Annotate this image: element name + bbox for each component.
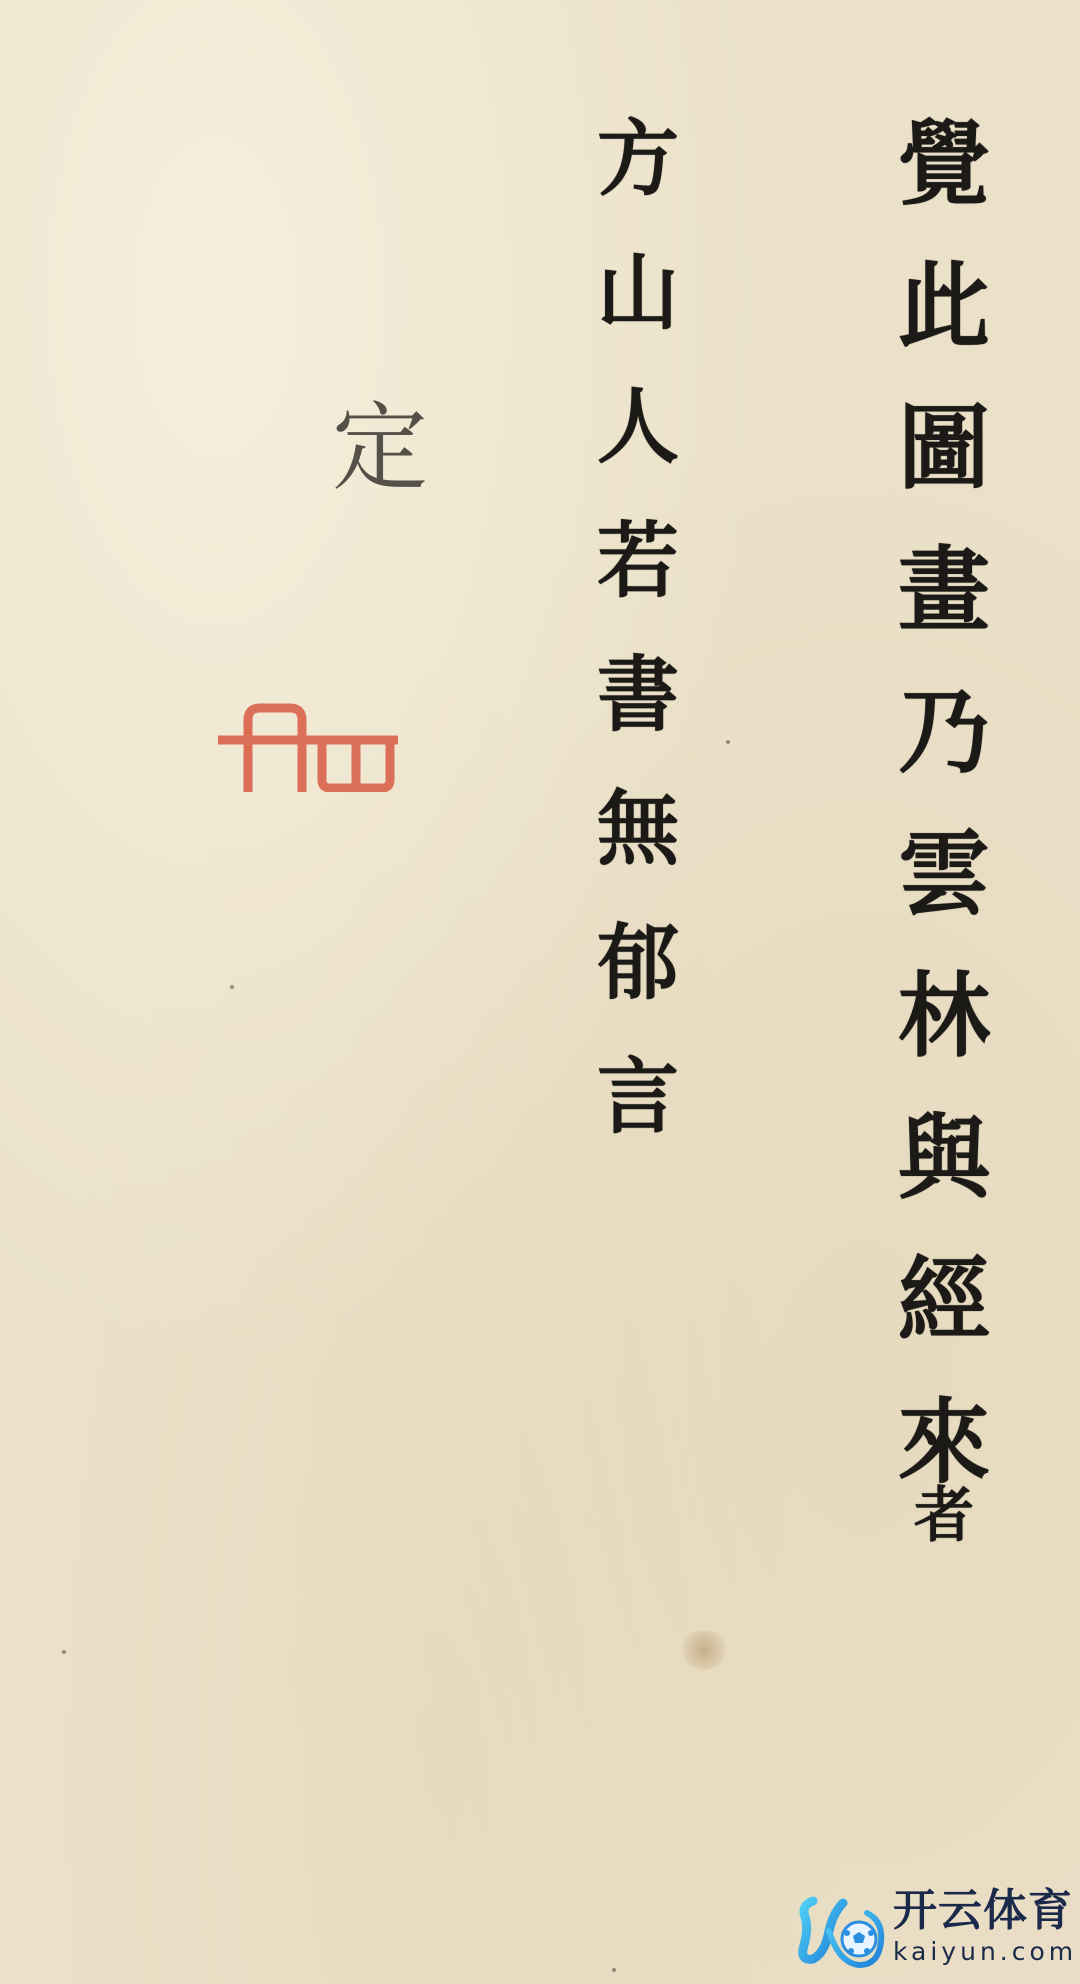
watermark-brand-cn: 开云体育 [893, 1889, 1077, 1933]
calligraphy-character: 乃 [898, 686, 990, 828]
signature-character: 定 [320, 400, 440, 496]
calligraphy-character: 人 [597, 386, 679, 520]
calligraphy-character: 言 [597, 1056, 679, 1190]
calligraphy-character: 來 [898, 1396, 990, 1486]
calligraphy-character: 畫 [898, 544, 990, 686]
calligraphy-character: 書 [597, 654, 679, 788]
calligraphy-character: 山 [597, 252, 679, 386]
calligraphy-character: 無 [597, 788, 679, 922]
calligraphy-character: 覺 [898, 118, 990, 260]
watermark: 开云体育 kaiyun.com [795, 1880, 1075, 1976]
calligraphy-scroll: 覺 此 圖 畫 乃 雲 林 與 經 來 者 方 山 人 若 書 無 郁 言 定 [0, 0, 1080, 1984]
paper-speck [612, 1968, 616, 1972]
calligraphy-character: 與 [898, 1112, 990, 1254]
calligraphy-character: 若 [597, 520, 679, 654]
calligraphy-character: 雲 [898, 828, 990, 970]
paper-speck [726, 740, 730, 744]
calligraphy-character: 方 [597, 118, 679, 252]
inscription-column-middle: 方 山 人 若 書 無 郁 言 [582, 118, 694, 1190]
paper-speck [62, 1650, 66, 1654]
kaiyun-logo-icon [795, 1883, 885, 1973]
watermark-brand-en: kaiyun.com [893, 1937, 1077, 1967]
calligraphy-character: 林 [898, 970, 990, 1112]
watermark-text: 开云体育 kaiyun.com [893, 1889, 1077, 1967]
calligraphy-character: 經 [898, 1254, 990, 1396]
artist-signature: 定 [320, 400, 440, 496]
red-seal-icon [218, 700, 398, 792]
calligraphy-character: 郁 [597, 922, 679, 1056]
calligraphy-character: 圖 [898, 402, 990, 544]
paper-stain [680, 1630, 728, 1670]
paper-speck [230, 985, 234, 989]
inscription-column-right: 覺 此 圖 畫 乃 雲 林 與 經 來 者 [888, 118, 1000, 1566]
calligraphy-character: 者 [914, 1486, 974, 1566]
calligraphy-character: 此 [898, 260, 990, 402]
